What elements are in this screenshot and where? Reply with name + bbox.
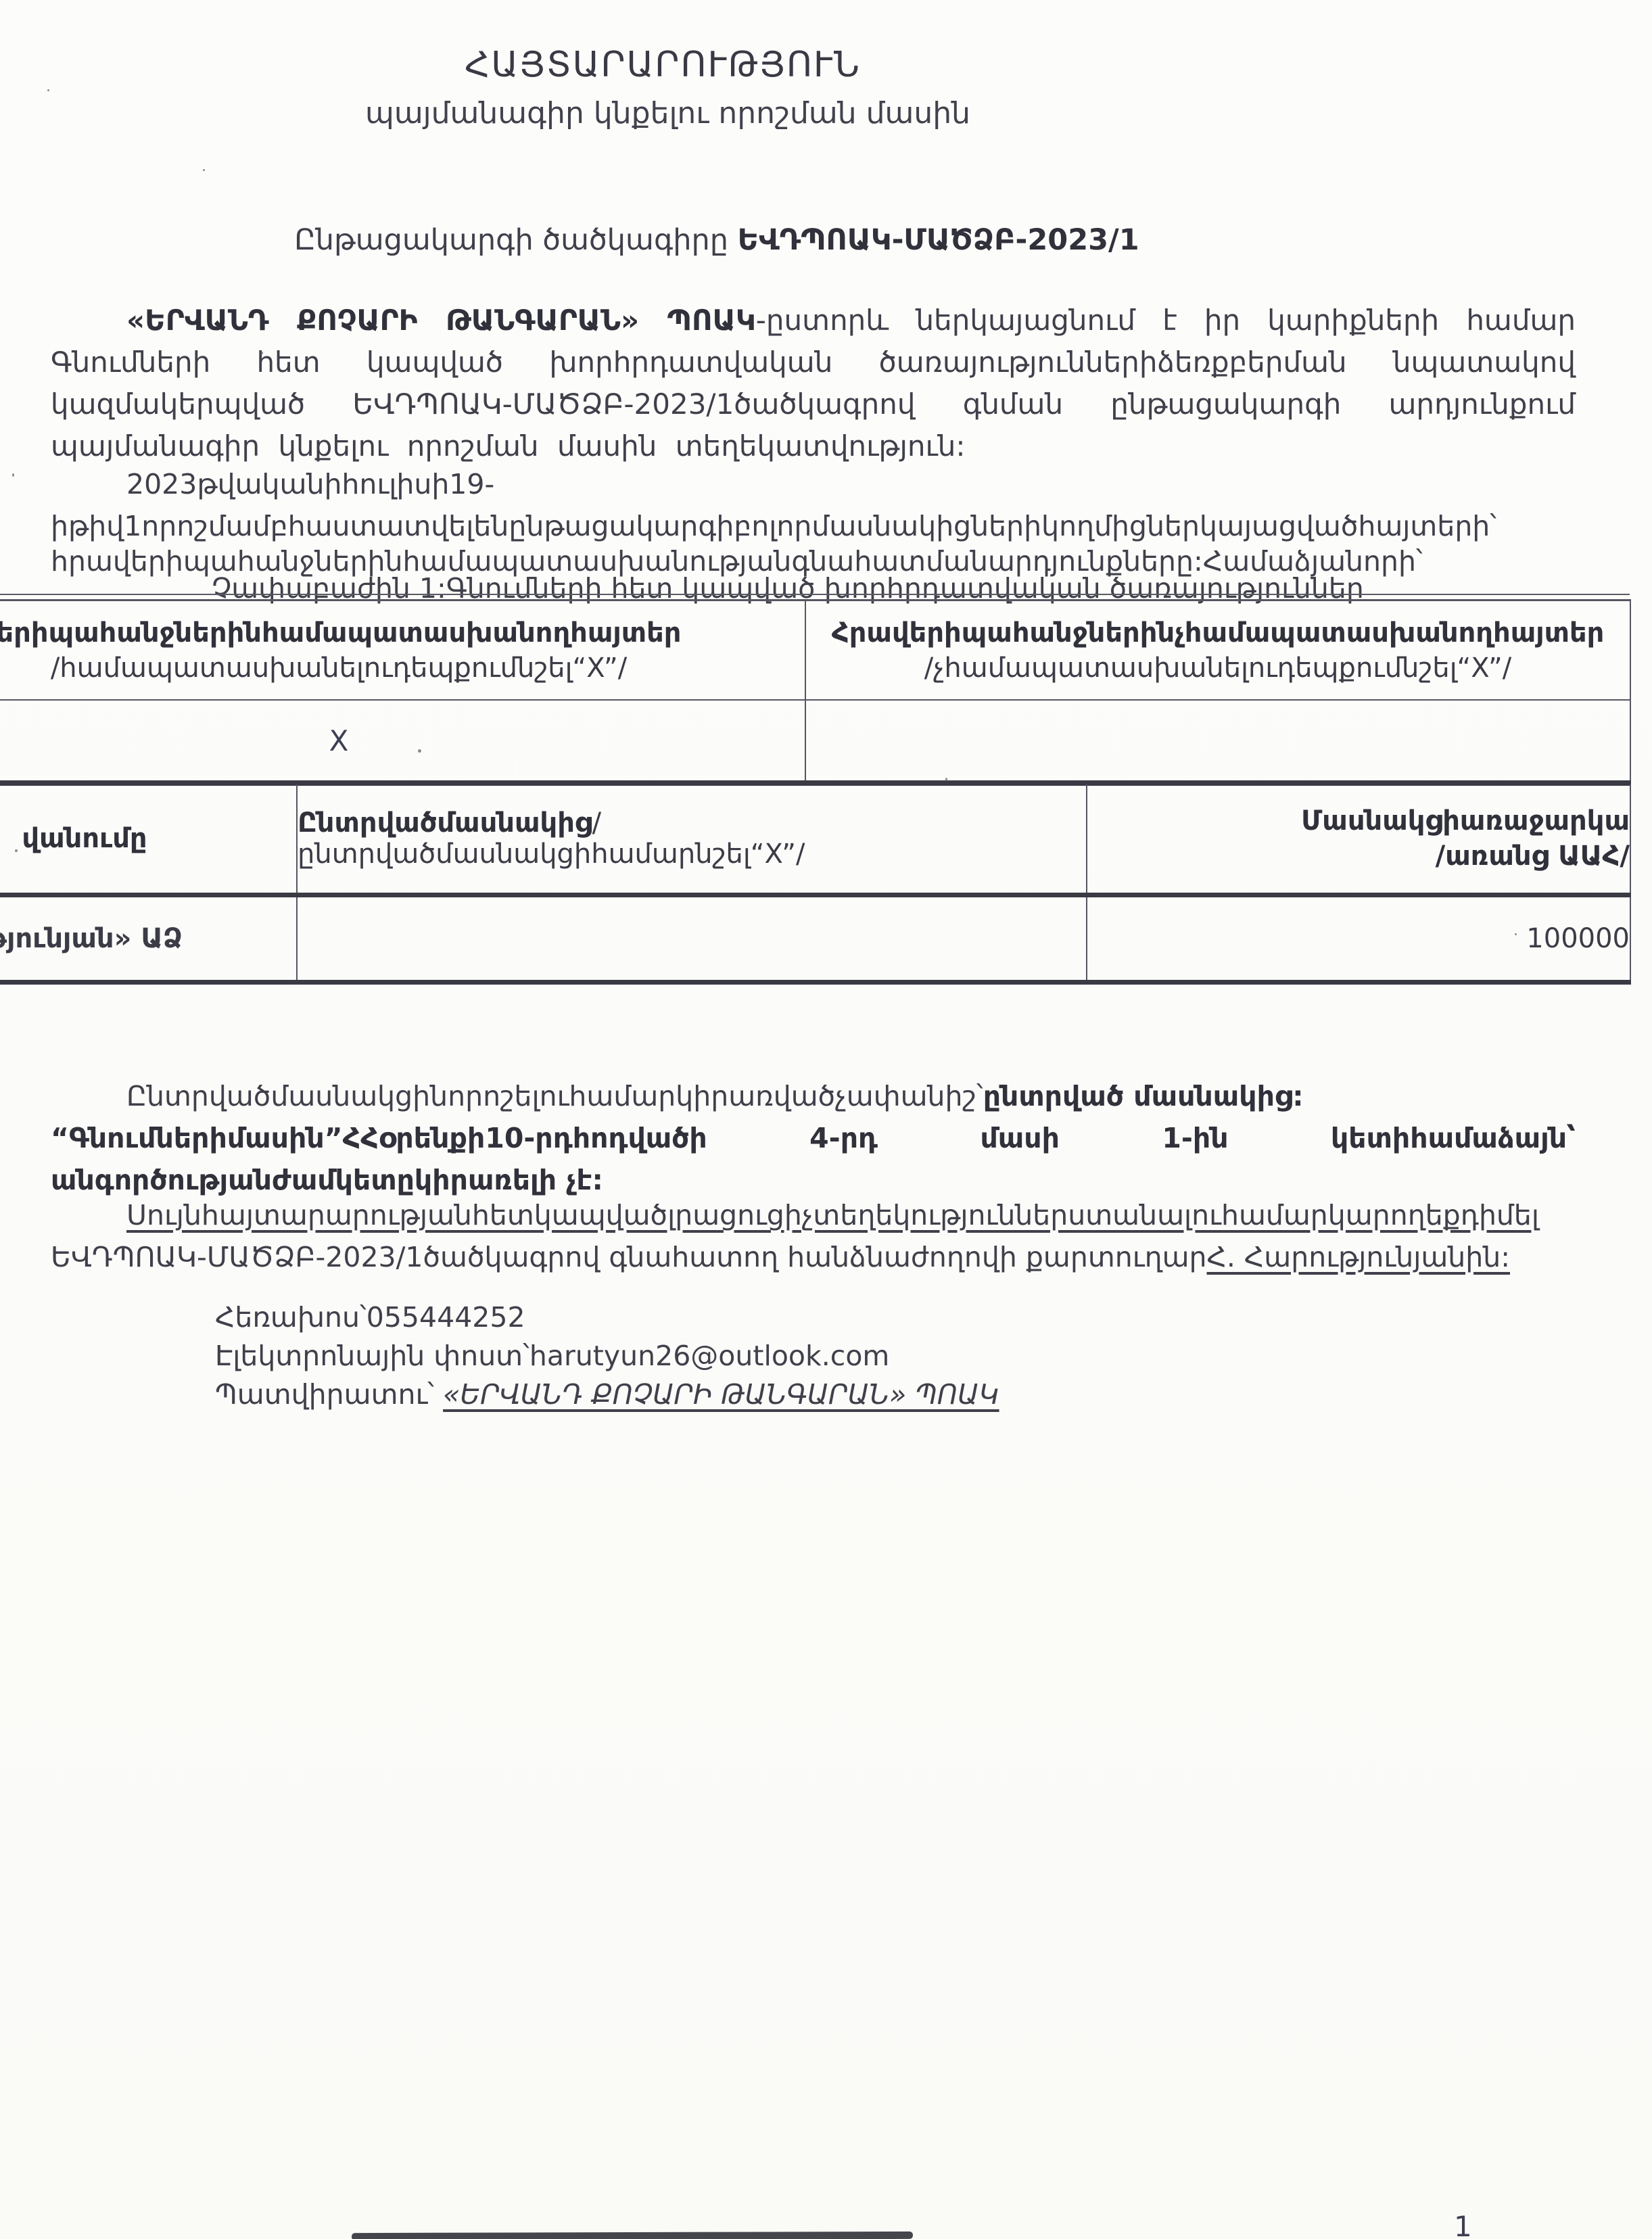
compliant-bids-header-cell: երիպահանջներինհամապատասխանողհայտեր /համա… bbox=[0, 600, 805, 701]
decision-line-2: իթիվ1որոշմամբհաստատվելենընթացակարգիբոլոր… bbox=[51, 507, 1576, 545]
scan-speck bbox=[12, 473, 14, 477]
email-value: harutyun26@outlook.com bbox=[529, 1340, 889, 1372]
price-cell: 100000 bbox=[1087, 895, 1630, 983]
scan-speck bbox=[47, 89, 49, 91]
scan-speck bbox=[203, 169, 205, 171]
noncompliant-bids-title: Հրավերիպահանջներինչհամապատասխանողհայտեր bbox=[806, 615, 1630, 651]
email-line: Էլեկտրոնային փոստ՝harutyun26@outlook.com bbox=[215, 1337, 999, 1375]
scanned-declaration-page: ՀԱՅՏԱՐԱՐՈՒԹՅՈՒՆ պայմանագիր կնքելու որոշմ… bbox=[0, 0, 1652, 2239]
phone-label: Հեռախոս՝ bbox=[215, 1301, 367, 1334]
compliance-header-row: երիպահանջներինհամապատասխանողհայտեր /համա… bbox=[0, 600, 1630, 701]
customer-line: Պատվիրատու՝ «ԵՐՎԱՆԴ ՔՈՉԱՐԻ ԹԱՆԳԱՐԱՆ» ՊՈԱ… bbox=[215, 1375, 999, 1414]
customer-value: «ԵՐՎԱՆԴ ՔՈՉԱՐԻ ԹԱՆԳԱՐԱՆ» ՊՈԱԿ bbox=[443, 1378, 999, 1411]
clarification-line-1: Սույնհայտարարությանհետկապվածլրացուցիչտեղ… bbox=[51, 1194, 1576, 1236]
clarification-underlined: Սույնհայտարարությանհետկապվածլրացուցիչտեղ… bbox=[126, 1199, 1539, 1231]
participants-data-row: թյունյան» ԱՁ 100000 bbox=[0, 895, 1630, 983]
criterion-bold: ընտրված մասնակից: bbox=[983, 1080, 1304, 1112]
law-segment-4: 1-ին bbox=[1162, 1117, 1228, 1159]
noncompliant-bids-header-cell: Հրավերիպահանջներինչհամապատասխանողհայտեր … bbox=[805, 600, 1630, 701]
selected-participant-header-cell: Ընտրվածմասնակից/ընտրվածմասնակցիհամարնշել… bbox=[297, 784, 1087, 895]
compliant-bids-title: երիպահանջներինհամապատասխանողհայտեր bbox=[0, 615, 805, 651]
scan-speck bbox=[15, 849, 18, 852]
clarification-middle: ԵՎԴՊՈԱԿ-ՄԱԾՁԲ-2023/1ծածկագրով գնահատող հ… bbox=[51, 1241, 1207, 1273]
compliant-mark-cell: X bbox=[0, 700, 805, 783]
scan-speck bbox=[418, 749, 421, 753]
intro-paragraph: «ԵՐՎԱՆԴ ՔՈՉԱՐԻ ԹԱՆԳԱՐԱՆ» ՊՈԱԿ-ըստորև ներ… bbox=[51, 300, 1576, 467]
participant-name-header-cell: վանումը bbox=[0, 784, 297, 895]
participants-table: վանումը Ընտրվածմասնակից/ընտրվածմասնակցիհ… bbox=[0, 784, 1630, 985]
participant-offer-title: Մասնակցիառաջարկա bbox=[1087, 803, 1630, 839]
scan-speck bbox=[1515, 933, 1517, 935]
decision-line-1: 2023թվականիհուլիսի19- bbox=[51, 465, 1576, 503]
noncompliant-bids-note: /չհամապատասխանելուդեպքումնշել“X”/ bbox=[806, 651, 1630, 686]
compliance-data-row: X bbox=[0, 700, 1630, 783]
selected-mark-cell bbox=[297, 895, 1087, 983]
scan-speck bbox=[945, 778, 947, 782]
page-number: 1 bbox=[1454, 2210, 1472, 2239]
procedure-code-prefix: Ընթացակարգի ծածկագիրը bbox=[294, 223, 728, 257]
selection-paragraph: Ընտրվածմասնակցինորոշելուհամարկիրառվածչափ… bbox=[51, 1075, 1576, 1201]
law-segment-2: 4-րդ bbox=[809, 1117, 878, 1159]
law-line: “Գնումներիմասին”ՀՀօրենքի10-րդհոդվածի 4-ր… bbox=[51, 1117, 1576, 1159]
supplier-name-cell: թյունյան» ԱՁ bbox=[0, 895, 297, 983]
participant-offer-note: /առանց ԱԱՀ/ bbox=[1087, 839, 1630, 874]
phone-line: Հեռախոս՝055444252 bbox=[215, 1298, 999, 1337]
table-top-rule bbox=[0, 594, 1630, 595]
document-subtitle: պայմանագիր կնքելու որոշման մասին bbox=[0, 96, 1336, 131]
procedure-code: ԵՎԴՊՈԱԿ-ՄԱԾՁԲ-2023/1 bbox=[738, 223, 1139, 257]
contacts-block: Հեռախոս՝055444252 Էլեկտրոնային փոստ՝haru… bbox=[215, 1298, 999, 1414]
law-segment-3: մասի bbox=[980, 1117, 1060, 1159]
compliance-table: երիպահանջներինհամապատասխանողհայտեր /համա… bbox=[0, 599, 1630, 786]
buyer-name: «ԵՐՎԱՆԴ ՔՈՉԱՐԻ ԹԱՆԳԱՐԱՆ» ՊՈԱԿ bbox=[126, 304, 756, 337]
participants-header-row: վանումը Ընտրվածմասնակից/ընտրվածմասնակցիհ… bbox=[0, 784, 1630, 895]
customer-label: Պատվիրատու՝ bbox=[215, 1378, 443, 1411]
procedure-code-line: Ընթացակարգի ծածկագիրը ԵՎԴՊՈԱԿ-ՄԱԾՁԲ-2023… bbox=[0, 223, 1434, 257]
clarification-line-2: ԵՎԴՊՈԱԿ-ՄԱԾՁԲ-2023/1ծածկագրով գնահատող հ… bbox=[51, 1236, 1576, 1278]
criterion-line: Ընտրվածմասնակցինորոշելուհամարկիրառվածչափ… bbox=[51, 1075, 1576, 1117]
criterion-text: Ընտրվածմասնակցինորոշելուհամարկիրառվածչափ… bbox=[126, 1080, 983, 1112]
email-label: Էլեկտրոնային փոստ՝ bbox=[215, 1340, 529, 1372]
document-title: ՀԱՅՏԱՐԱՐՈՒԹՅՈՒՆ bbox=[0, 45, 1325, 85]
scan-speck bbox=[260, 352, 263, 354]
participant-offer-header-cell: Մասնակցիառաջարկա /առանց ԱԱՀ/ bbox=[1087, 784, 1630, 895]
scan-edge-artifact bbox=[352, 2232, 913, 2239]
phone-value: 055444252 bbox=[367, 1301, 525, 1334]
law-segment-1: “Գնումներիմասին”ՀՀօրենքի10-րդհոդվածի bbox=[51, 1117, 707, 1159]
x-mark: X bbox=[329, 724, 349, 757]
clarification-paragraph: Սույնհայտարարությանհետկապվածլրացուցիչտեղ… bbox=[51, 1194, 1576, 1278]
participant-name-title: վանումը bbox=[22, 823, 147, 854]
selected-participant-title: Ընտրվածմասնակից bbox=[298, 807, 592, 839]
compliant-bids-note: /համապատասխանելուդեպքումնշել“X”/ bbox=[0, 651, 805, 686]
noncompliant-mark-cell bbox=[805, 700, 1630, 783]
law-segment-5: կետիհամաձայն՝ bbox=[1331, 1117, 1576, 1159]
clarification-contact-name: Հ. Հարությունյանին: bbox=[1207, 1241, 1511, 1273]
